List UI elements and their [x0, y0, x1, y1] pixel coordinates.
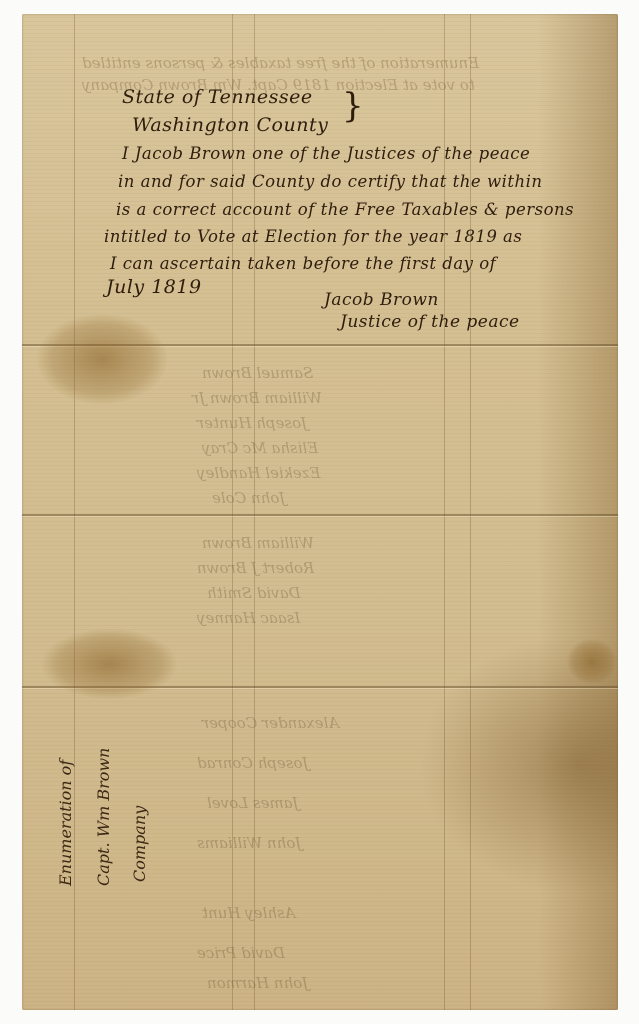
endorsement-line: Enumeration of	[56, 760, 75, 886]
fold-line	[22, 514, 618, 516]
bleedthrough-line: to vote at Election 1819 Capt. Wm Brown …	[22, 76, 618, 94]
bleedthrough-line: Alexander Cooper	[22, 714, 618, 732]
certification-line: is a correct account of the Free Taxable…	[116, 200, 574, 219]
signature-name: Jacob Brown	[324, 290, 439, 310]
endorsement-line: Capt. Wm Brown	[94, 748, 113, 886]
bleedthrough-line: David Smith	[22, 584, 618, 602]
certification-line: I Jacob Brown one of the Justices of the…	[122, 144, 530, 163]
bleedthrough-line: Elisha Mc Cray	[22, 439, 618, 457]
manuscript-page: Enumeration of the free taxables & perso…	[22, 14, 618, 1010]
bleedthrough-line: Ezekiel Handley	[22, 464, 618, 482]
column-rule	[444, 14, 445, 1010]
signature-title: Justice of the peace	[340, 312, 520, 332]
bleedthrough-line: Ashley Hunt	[22, 904, 618, 922]
bleedthrough-line: Joseph Hunter	[22, 414, 618, 432]
heading-state: State of Tennessee	[122, 86, 313, 108]
water-stain	[567, 639, 617, 684]
bleedthrough-line: David Price	[22, 944, 618, 962]
column-rule	[232, 14, 233, 1010]
bleedthrough-line: John Harmon	[22, 974, 618, 992]
bleedthrough-line: Isaac Hanney	[22, 609, 618, 627]
water-stain	[42, 629, 177, 699]
bleedthrough-line: Robert J Brown	[22, 559, 618, 577]
certification-line: I can ascertain taken before the first d…	[110, 254, 496, 273]
bleedthrough-line: John Cole	[22, 489, 618, 507]
endorsement-line: Company	[130, 806, 149, 882]
certification-line: in and for said County do certify that t…	[118, 172, 543, 191]
heading-brace: }	[342, 86, 364, 126]
certification-line: intitled to Vote at Election for the yea…	[104, 227, 522, 246]
column-rule	[470, 14, 471, 1010]
bleedthrough-line: Enumeration of the free taxables & perso…	[22, 54, 618, 72]
bleedthrough-line: William Brown	[22, 534, 618, 552]
bleedthrough-line: William Brown Jr	[22, 389, 618, 407]
certification-date: July 1819	[106, 276, 202, 298]
column-rule	[254, 14, 255, 1010]
bleedthrough-line: Samuel Brown	[22, 364, 618, 382]
heading-county: Washington County	[132, 114, 328, 136]
